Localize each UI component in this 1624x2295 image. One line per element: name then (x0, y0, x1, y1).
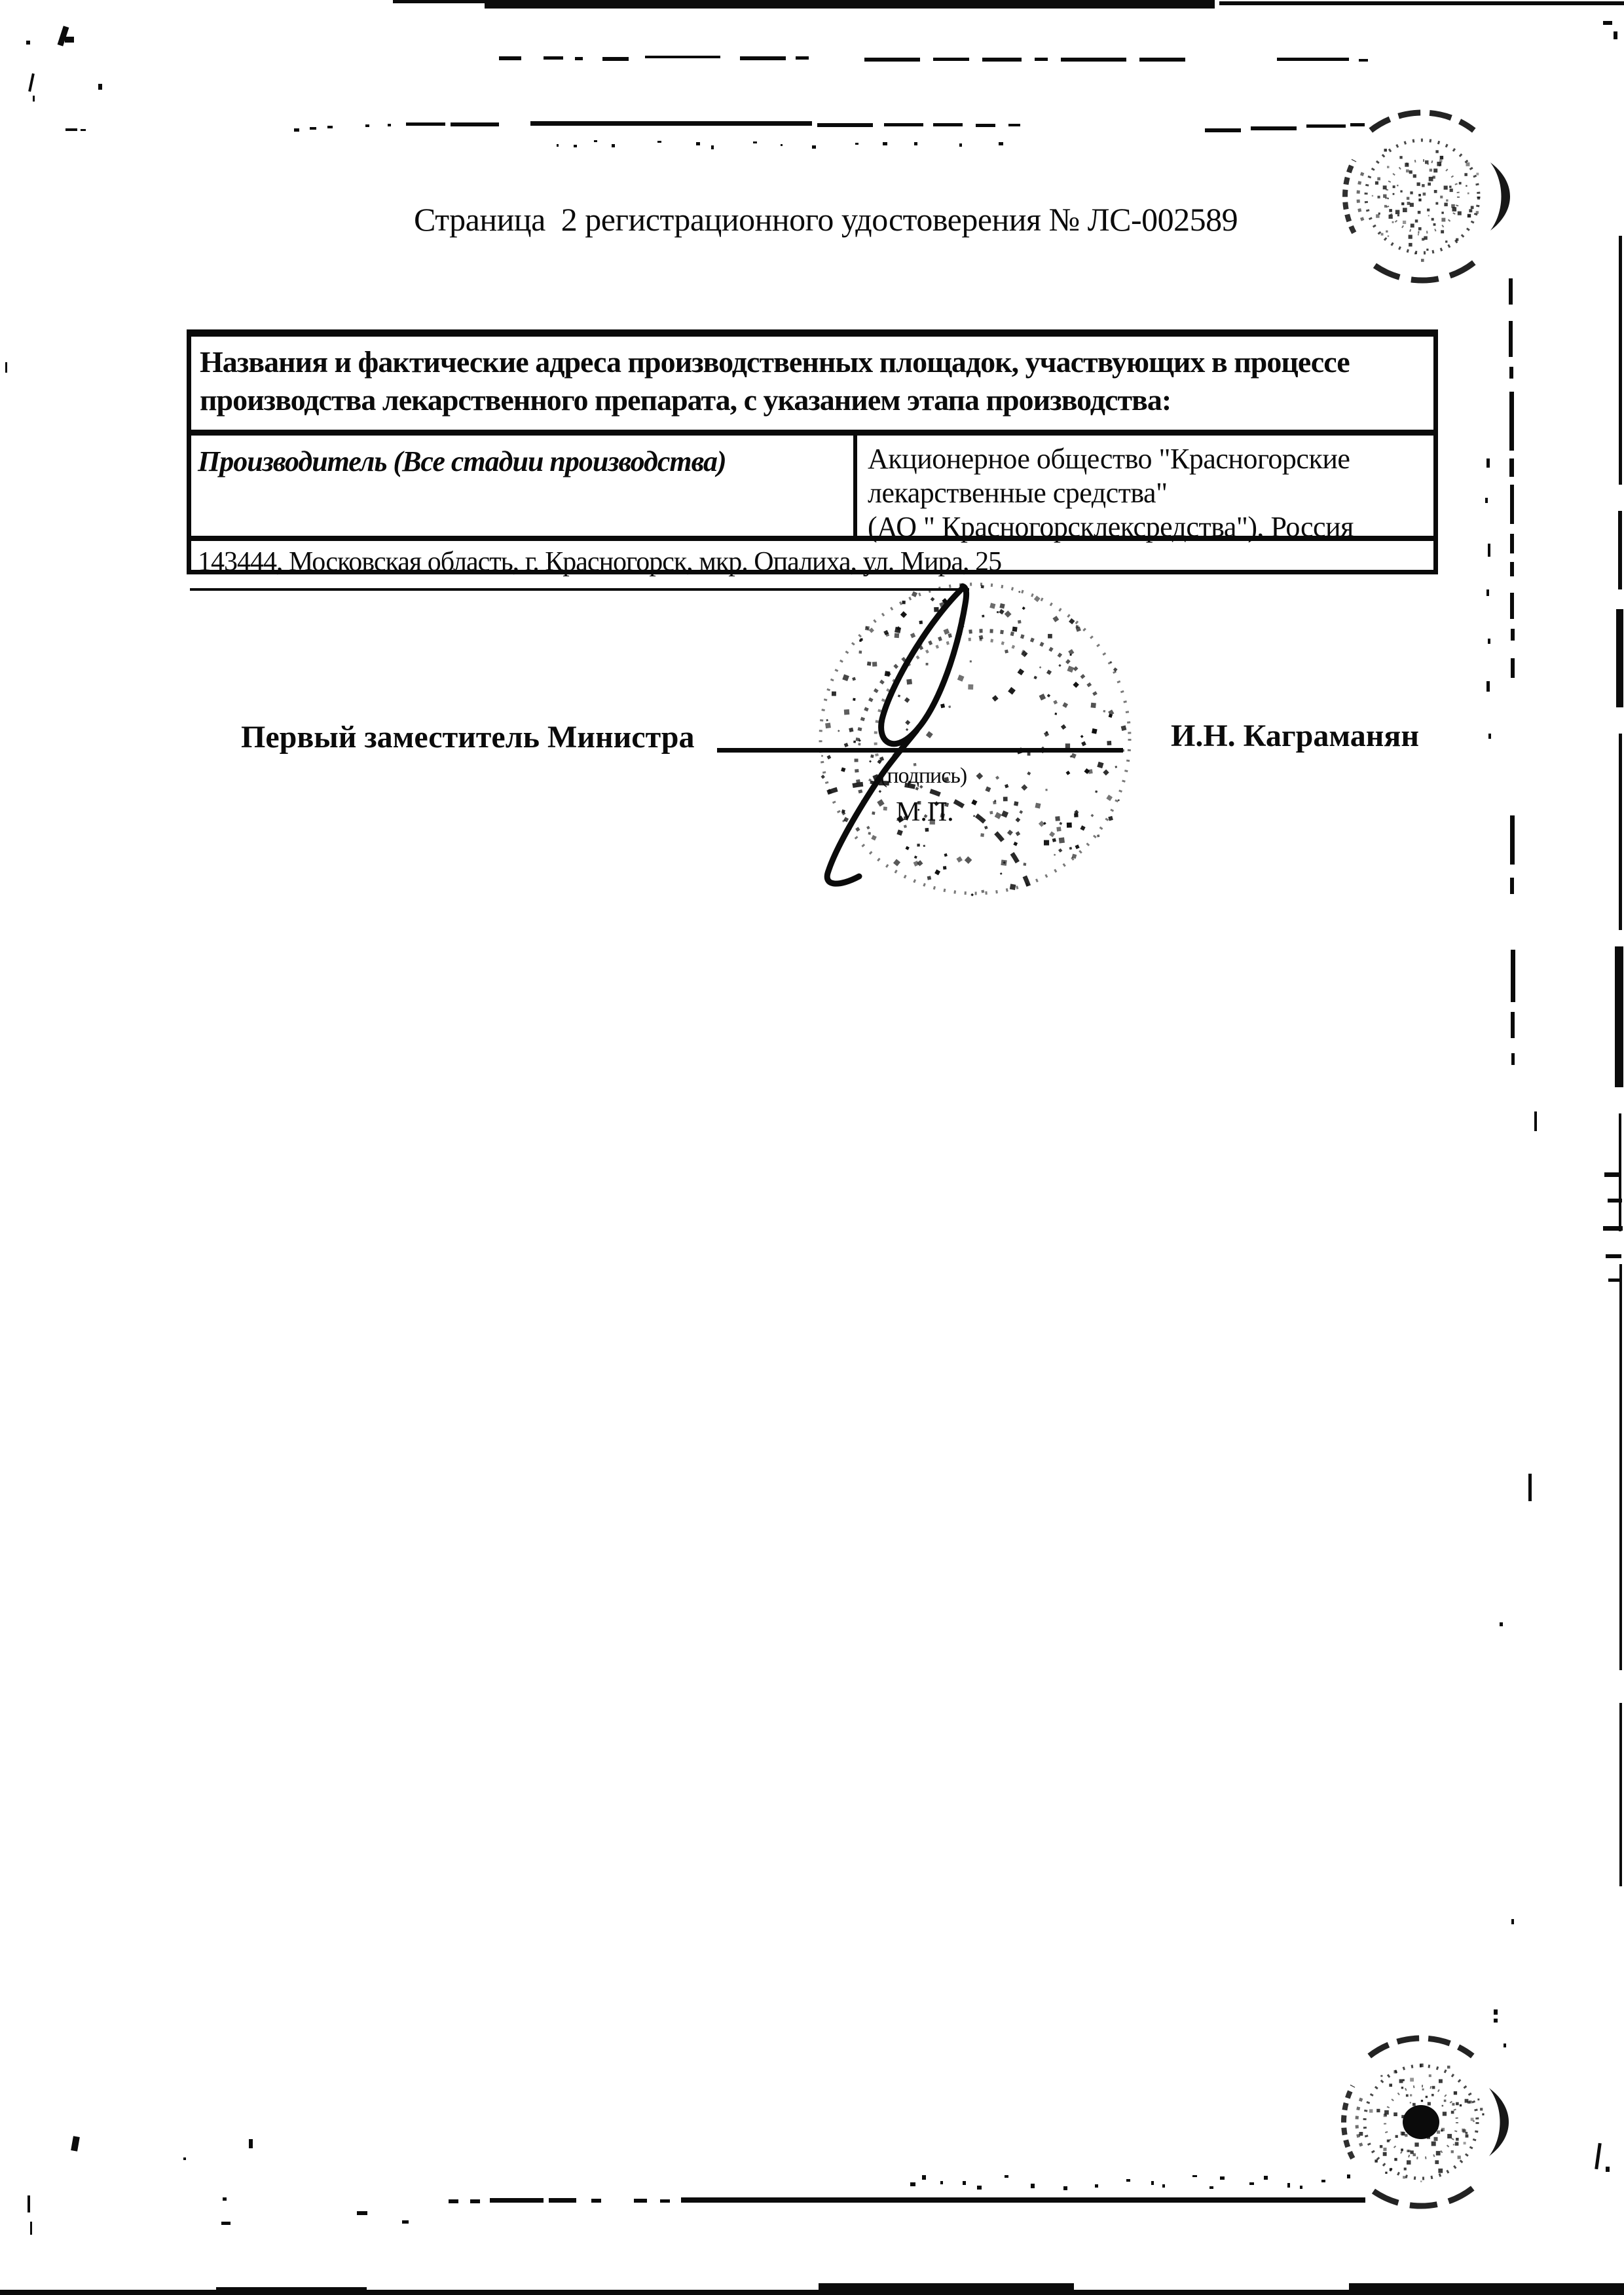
scan-speck (1151, 2181, 1154, 2186)
scan-speck (1486, 458, 1490, 468)
document-page: Страница 2 регистрационного удостоверени… (0, 0, 1624, 2295)
scan-speck (645, 56, 720, 58)
signature-caption: (подпись) (880, 764, 967, 789)
scan-speck (557, 144, 559, 147)
table-row: Производитель (Все стадии производства) … (191, 436, 1433, 541)
scan-speck (1486, 589, 1489, 596)
scan-speck (812, 145, 815, 149)
scan-speck (591, 2199, 601, 2203)
scan-speck (781, 144, 783, 146)
scan-speck (357, 2211, 367, 2215)
scan-speck (612, 144, 615, 147)
scan-speck (221, 2222, 231, 2225)
scan-speck (933, 123, 963, 126)
scan-speck (1604, 1172, 1621, 1177)
scan-speck (660, 2199, 670, 2203)
scan-speck (1510, 815, 1515, 865)
table-header-cell: Названия и фактические адреса производст… (191, 337, 1433, 436)
manufacturer-stage-cell: Производитель (Все стадии производства) (191, 436, 857, 536)
scan-speck (1603, 21, 1612, 25)
scan-speck (183, 2157, 186, 2160)
scan-speck (216, 2287, 367, 2295)
scan-speck (574, 145, 577, 147)
scan-speck (1321, 2180, 1325, 2182)
scan-speck (999, 142, 1003, 146)
manufacturer-name-line-1: Акционерное общество "Красногорские (868, 442, 1433, 476)
scan-speck (1494, 2009, 1498, 2015)
scan-speck (1008, 124, 1020, 126)
scan-speck (1603, 1226, 1623, 1231)
scan-speck (1510, 878, 1514, 894)
scan-speck (910, 2182, 915, 2186)
scan-speck (1287, 2183, 1291, 2188)
scan-speck (1488, 639, 1490, 644)
scan-speck (1485, 498, 1488, 503)
scan-speck (402, 2220, 409, 2224)
scan-speck (190, 588, 969, 591)
scan-speck (30, 2222, 32, 2235)
signer-name: И.Н. Каграманян (1171, 718, 1419, 754)
scan-speck (58, 26, 69, 46)
scan-speck (549, 2198, 576, 2203)
table-header-line-2: производства лекарственного препарата, с… (200, 381, 1428, 419)
signature-stroke (827, 586, 966, 884)
scan-speck (1510, 593, 1514, 619)
scan-speck (1595, 2143, 1602, 2169)
scan-speck (1619, 1264, 1622, 1670)
scan-speck (922, 2175, 926, 2179)
scan-speck (1488, 544, 1490, 557)
scan-speck (1511, 658, 1515, 678)
scan-speck (1509, 321, 1513, 357)
page-header: Страница 2 регистрационного удостоверени… (414, 200, 1238, 238)
scan-speck (1031, 2184, 1035, 2188)
scan-speck (1209, 2186, 1213, 2189)
guilloche-rosette-bottom-right (1344, 2038, 1509, 2206)
scan-speck (940, 2181, 943, 2184)
scan-speck (1528, 1474, 1532, 1501)
scan-speck (65, 37, 74, 43)
table-header-line-1: Названия и фактические адреса производст… (200, 343, 1428, 381)
scan-speck (26, 41, 30, 45)
scan-speck (294, 128, 299, 132)
signer-title: Первый заместитель Министра (241, 719, 694, 755)
scan-speck (817, 123, 873, 127)
scan-speck (753, 141, 757, 143)
scan-speck (1510, 534, 1514, 553)
scan-speck (249, 2139, 253, 2148)
scan-speck (634, 2199, 647, 2203)
scan-speck (1494, 2019, 1498, 2023)
scan-speck (1509, 392, 1514, 451)
scan-speck (1249, 2182, 1254, 2185)
scan-speck (959, 143, 962, 147)
scan-speck (406, 122, 445, 126)
signature-line (717, 748, 1123, 753)
scan-speck (1509, 278, 1513, 305)
manufacturer-name-line-2: лекарственные средства" (868, 476, 1433, 510)
scan-speck (976, 124, 995, 127)
scan-speck (1616, 609, 1623, 707)
scan-speck (1205, 128, 1241, 132)
scan-speck (933, 58, 969, 61)
scan-speck (28, 2195, 30, 2212)
scan-speck (1035, 58, 1048, 61)
scan-speck (855, 143, 858, 145)
scan-speck (740, 56, 786, 60)
scan-speck (1619, 734, 1622, 930)
scan-speck (388, 124, 391, 126)
scan-speck (1606, 2167, 1610, 2172)
scan-speck (1534, 1111, 1537, 1131)
scan-speck (1300, 2186, 1302, 2189)
scan-speck (1510, 485, 1514, 524)
scan-speck (963, 2181, 966, 2185)
scan-speck (327, 126, 333, 128)
scan-speck (1619, 1703, 1622, 1886)
scan-speck (982, 58, 1022, 62)
scan-speck (1349, 2283, 1624, 2295)
scan-speck (657, 141, 661, 143)
address-cell: 143444, Московская область, г. Красногор… (191, 541, 1433, 578)
scan-speck (1192, 2175, 1196, 2177)
scan-speck (98, 84, 102, 90)
scan-speck (796, 56, 809, 60)
scan-speck (1504, 2043, 1506, 2047)
scan-speck (1510, 562, 1514, 576)
scan-speck (310, 127, 316, 130)
production-sites-table: Названия и фактические адреса производст… (187, 329, 1438, 574)
scan-speck (1005, 2175, 1008, 2178)
scan-speck (1095, 2184, 1098, 2188)
scan-speck (1488, 734, 1491, 739)
scan-speck (1511, 950, 1515, 1002)
scan-speck (1347, 2174, 1350, 2178)
scan-speck (1509, 458, 1514, 477)
scan-speck (449, 2199, 458, 2203)
scan-speck (1126, 2179, 1130, 2182)
scan-speck (914, 142, 917, 145)
scan-speck (575, 57, 583, 60)
scan-speck (33, 96, 35, 102)
scan-speck (1614, 31, 1617, 39)
scan-speck (544, 56, 563, 60)
scan-speck (530, 121, 812, 126)
scan-speck (451, 122, 499, 126)
scan-speck (977, 2186, 981, 2190)
scan-speck (1350, 123, 1365, 126)
scan-speck (1511, 1919, 1514, 1924)
scan-speck (71, 2136, 80, 2151)
scan-speck (5, 362, 7, 373)
scan-speck (365, 124, 369, 127)
scan-speck (681, 2197, 1365, 2203)
scan-speck (1608, 1278, 1620, 1282)
scan-speck (1619, 236, 1622, 485)
scan-speck (696, 142, 700, 145)
scan-speck (65, 128, 77, 131)
scan-speck (1220, 2176, 1224, 2180)
scan-speck (1162, 2184, 1164, 2188)
scan-speck (1061, 58, 1126, 62)
manufacturer-name-line-3: (АО " Красногорсклексредства"), Россия (868, 510, 1433, 544)
scan-speck (1606, 1254, 1621, 1258)
scan-speck (490, 2198, 544, 2203)
scan-speck (223, 2197, 227, 2201)
scan-speck (1486, 681, 1490, 692)
scan-speck (470, 2199, 480, 2203)
scan-speck (1264, 2176, 1268, 2180)
scan-speck (485, 0, 1215, 9)
scan-speck (602, 57, 629, 61)
scan-speck (883, 142, 887, 145)
scan-speck (884, 123, 923, 126)
scan-speck (594, 140, 597, 143)
scan-speck (1511, 629, 1515, 641)
scan-speck (1509, 367, 1513, 379)
official-stamp (821, 584, 1130, 896)
scan-speck (1139, 58, 1185, 62)
scan-speck (499, 56, 521, 60)
scan-speck (1277, 58, 1349, 61)
scan-speck (711, 145, 714, 149)
scan-speck (1063, 2186, 1067, 2191)
scan-speck (1511, 1012, 1515, 1038)
scan-speck (819, 2283, 1074, 2295)
scan-speck (864, 58, 920, 62)
scan-speck (1359, 59, 1368, 62)
scan-speck (1251, 126, 1297, 130)
scan-speck (1615, 946, 1623, 1087)
scan-speck (1500, 1622, 1503, 1626)
scan-speck (1306, 124, 1346, 128)
scan-speck (81, 129, 86, 131)
scan-speck (28, 73, 35, 92)
scan-speck (1511, 1053, 1515, 1065)
seal-place-mark: М.П. (896, 796, 954, 828)
scan-speck (393, 0, 485, 3)
manufacturer-name-cell: Акционерное общество "Красногорские лека… (857, 436, 1433, 536)
scan-speck (1618, 511, 1622, 589)
scan-speck (1219, 1, 1624, 5)
scan-speck (1608, 1199, 1622, 1203)
guilloche-rosette-top-right (1345, 113, 1510, 280)
